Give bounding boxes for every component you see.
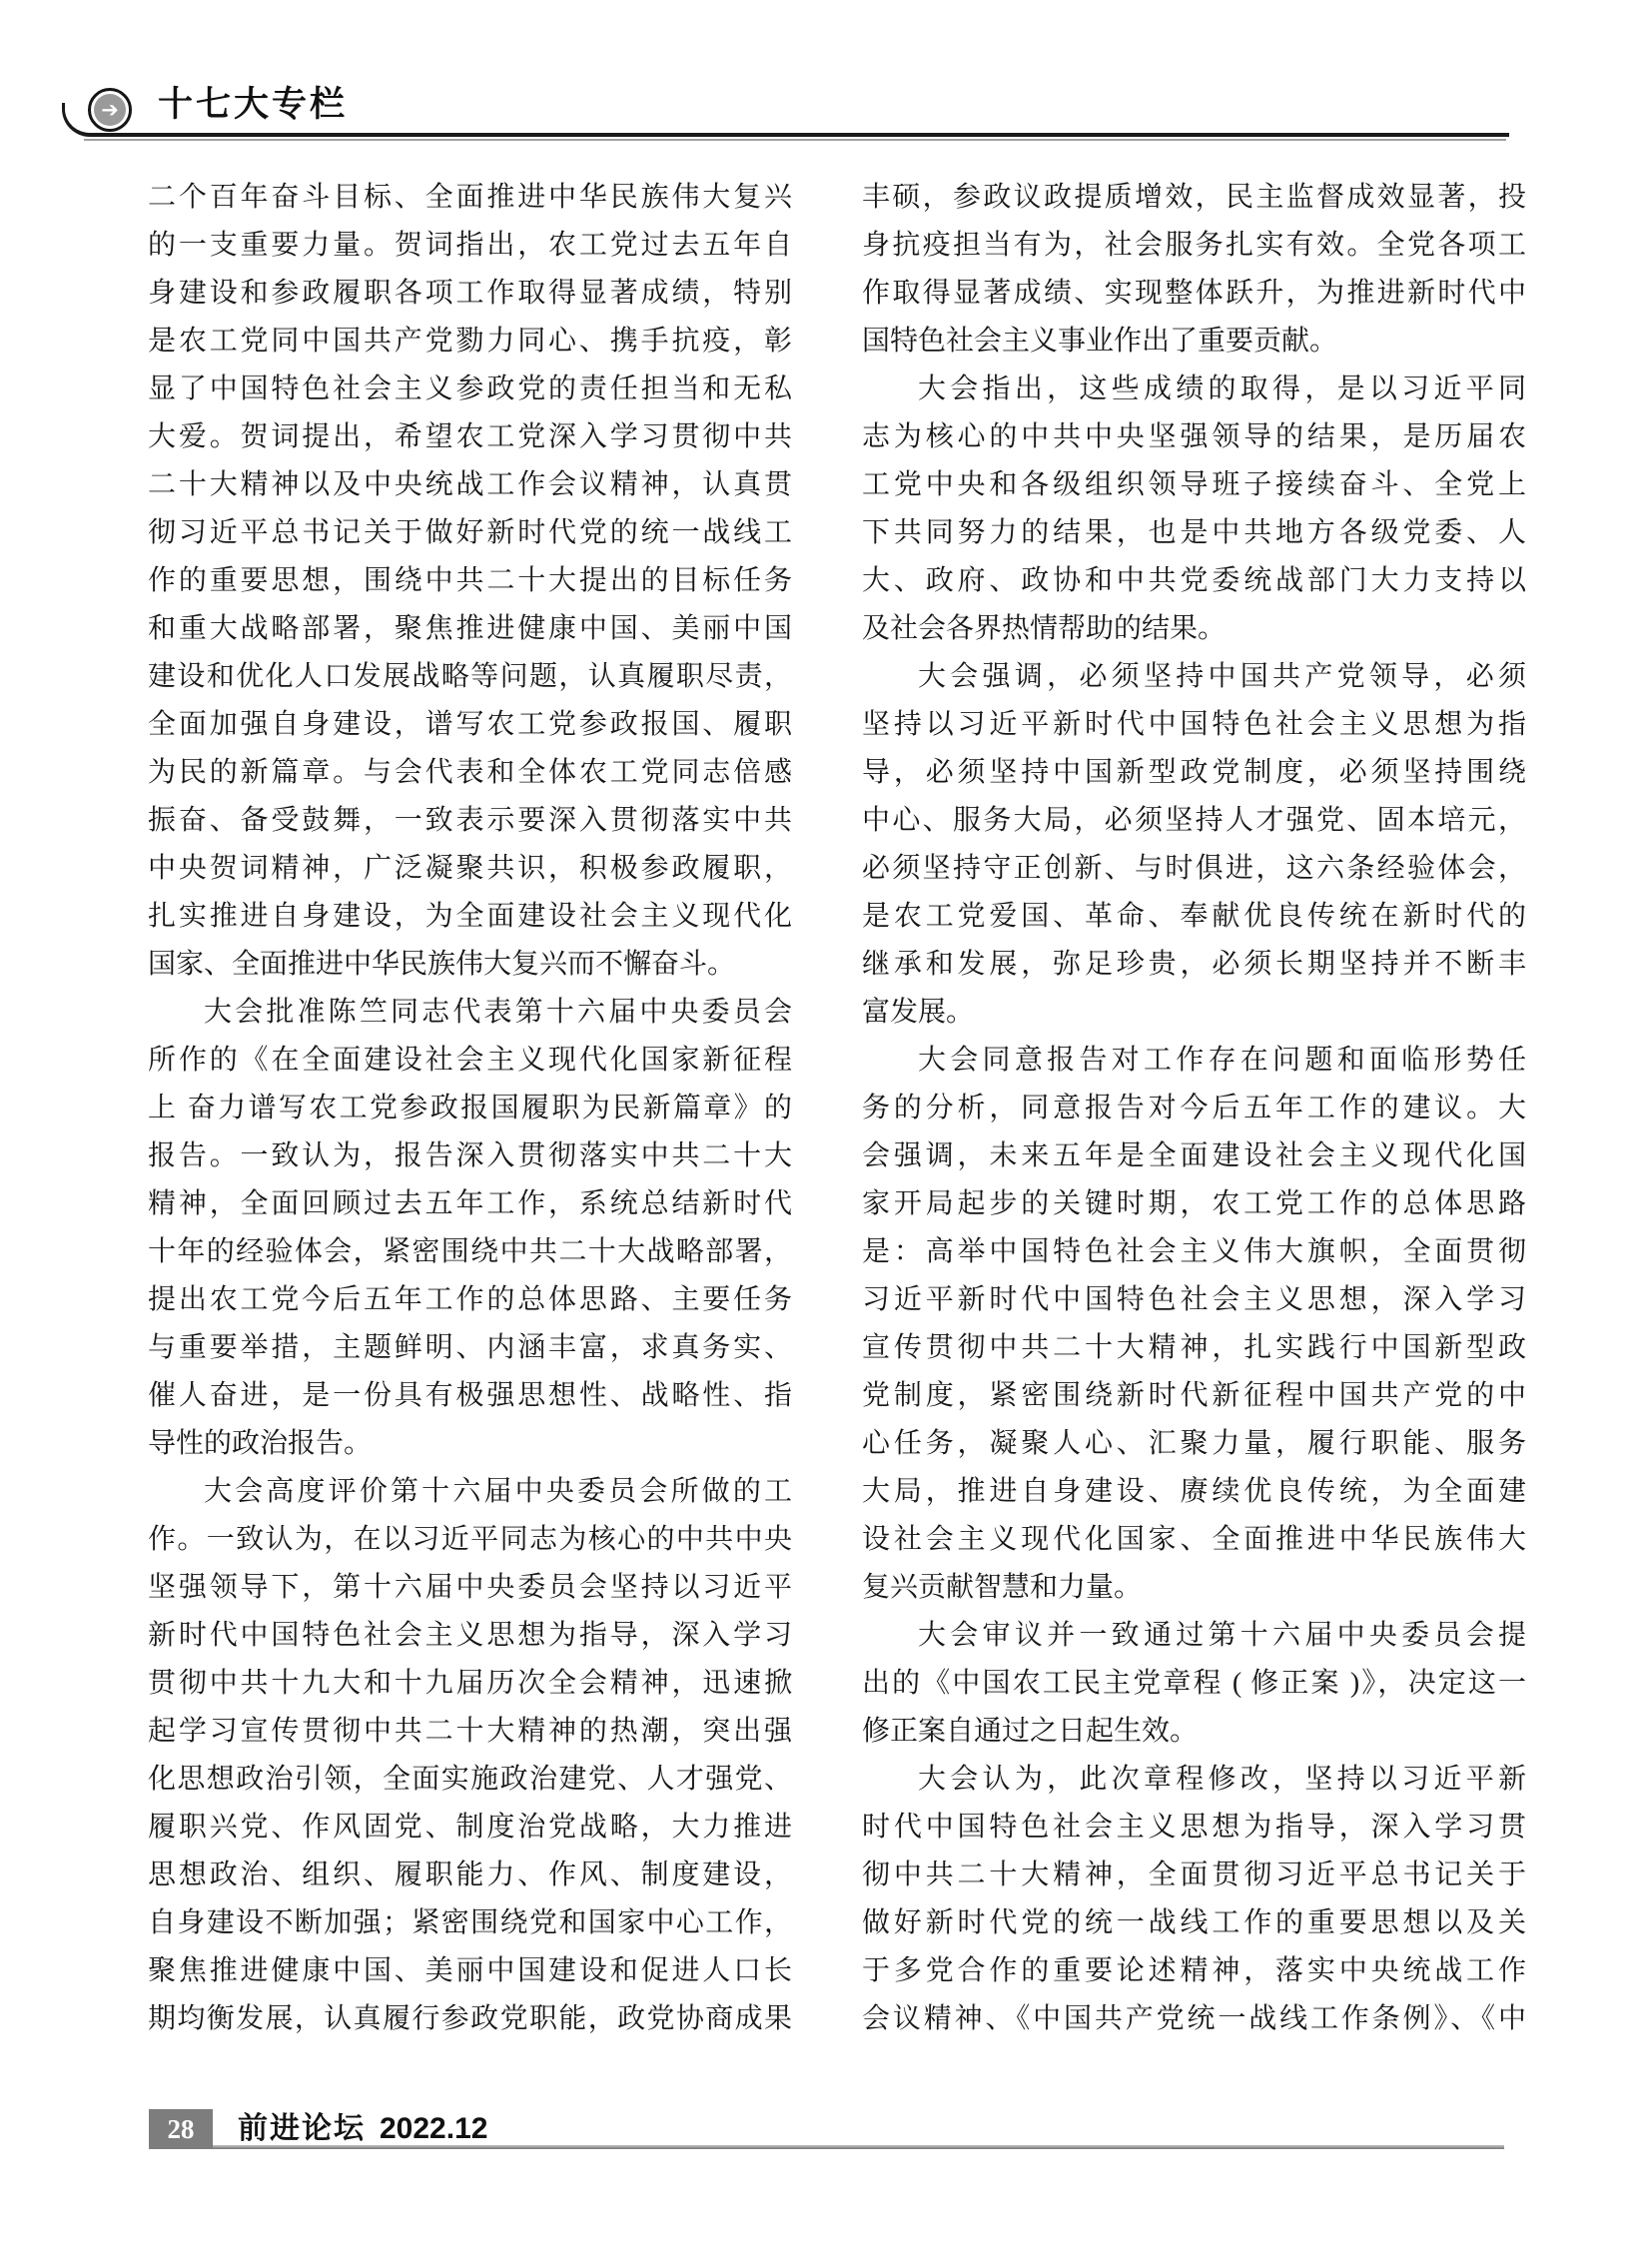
text-line: 期均衡发展，认真履行参政党职能，政党协商成果 — [148, 1995, 792, 2043]
text-line: 彻中共二十大精神，全面贯彻习近平总书记关于 — [862, 1852, 1526, 1899]
text-line: 上 奋力谱写农工党参政报国履职为民新篇章》的 — [148, 1085, 792, 1132]
text-line: 作取得显著成绩、实现整体跃升，为推进新时代中 — [862, 270, 1526, 318]
text-line: 设社会主义现代化国家、全面推进中华民族伟大 — [862, 1516, 1526, 1564]
text-line: 振奋、备受鼓舞，一致表示要深入贯彻落实中共 — [148, 797, 792, 845]
footer-rule — [213, 2145, 1504, 2149]
text-line: 大、政府、政协和中共党委统战部门大力支持以 — [862, 557, 1526, 605]
text-line: 十年的经验体会，紧密围绕中共二十大战略部署， — [148, 1228, 792, 1276]
text-line: 中央贺词精神，广泛凝聚共识，积极参政履职， — [148, 845, 792, 893]
text-line: 扎实推进自身建设，为全面建设社会主义现代化 — [148, 893, 792, 941]
text-line: 出的《中国农工民主党章程 ( 修正案 )》，决定这一 — [862, 1660, 1526, 1708]
text-line: 大会同意报告对工作存在问题和面临形势任 — [862, 1037, 1526, 1085]
text-line: 身抗疫担当有为，社会服务扎实有效。全党各项工 — [862, 222, 1526, 270]
text-line: 导，必须坚持中国新型政党制度，必须坚持围绕 — [862, 749, 1526, 797]
journal-name: 前进论坛 — [238, 2109, 366, 2149]
text-line: 大会强调，必须坚持中国共产党领导，必须 — [862, 653, 1526, 701]
text-line: 为民的新篇章。与会代表和全体农工党同志倍感 — [148, 749, 792, 797]
text-line: 自身建设不断加强；紧密围绕党和国家中心工作， — [148, 1899, 792, 1947]
text-line: 是农工党同中国共产党勠力同心、携手抗疫，彰 — [148, 318, 792, 366]
text-line: 家开局起步的关键时期，农工党工作的总体思路 — [862, 1180, 1526, 1228]
text-line: 精神，全面回顾过去五年工作，系统总结新时代 — [148, 1180, 792, 1228]
text-line: 宣传贯彻中共二十大精神，扎实践行中国新型政 — [862, 1324, 1526, 1372]
text-line: 大会审议并一致通过第十六届中央委员会提 — [862, 1612, 1526, 1660]
text-line: 全面加强自身建设，谱写农工党参政报国、履职 — [148, 701, 792, 749]
text-line: 时代中国特色社会主义思想为指导，深入学习贯 — [862, 1804, 1526, 1852]
text-line: 提出农工党今后五年工作的总体思路、主要任务 — [148, 1276, 792, 1324]
page-number-badge: 28 — [149, 2109, 213, 2149]
text-line: 工党中央和各级组织领导班子接续奋斗、全党上 — [862, 461, 1526, 509]
text-line: 及社会各界热情帮助的结果。 — [862, 605, 1526, 653]
text-line: 下共同努力的结果，也是中共地方各级党委、人 — [862, 509, 1526, 557]
text-line: 务的分析，同意报告对今后五年工作的建议。大 — [862, 1085, 1526, 1132]
issue-date: 2022.12 — [380, 2109, 487, 2149]
text-line: 思想政治、组织、履职能力、作风、制度建设， — [148, 1852, 792, 1899]
text-line: 富发展。 — [862, 989, 1526, 1037]
text-line: 催人奋进，是一份具有极强思想性、战略性、指 — [148, 1372, 792, 1420]
arrow-right-icon: ➔ — [94, 94, 126, 126]
text-line: 党制度，紧密围绕新时代新征程中国共产党的中 — [862, 1372, 1526, 1420]
text-line: 和重大战略部署，聚焦推进健康中国、美丽中国 — [148, 605, 792, 653]
text-line: 大爱。贺词提出，希望农工党深入学习贯彻中共 — [148, 413, 792, 461]
text-line: 建设和优化人口发展战略等问题，认真履职尽责， — [148, 653, 792, 701]
section-title: 十七大专栏 — [158, 84, 348, 126]
text-line: 大会高度评价第十六届中央委员会所做的工 — [148, 1468, 792, 1516]
text-line: 国家、全面推进中华民族伟大复兴而不懈奋斗。 — [148, 941, 792, 989]
text-line: 中心、服务大局，必须坚持人才强党、固本培元， — [862, 797, 1526, 845]
article-column-left: 二个百年奋斗目标、全面推进中华民族伟大复兴的一支重要力量。贺词指出，农工党过去五… — [148, 174, 792, 2043]
text-line: 国特色社会主义事业作出了重要贡献。 — [862, 318, 1526, 366]
text-line: 大会认为，此次章程修改，坚持以习近平新 — [862, 1756, 1526, 1804]
text-line: 导性的政治报告。 — [148, 1420, 792, 1468]
text-line: 身建设和参政履职各项工作取得显著成绩，特别 — [148, 270, 792, 318]
text-line: 履职兴党、作风固党、制度治党战略，大力推进 — [148, 1804, 792, 1852]
text-line: 作。一致认为，在以习近平同志为核心的中共中央 — [148, 1516, 792, 1564]
text-line: 化思想政治引领，全面实施政治建党、人才强党、 — [148, 1756, 792, 1804]
text-line: 心任务，凝聚人心、汇聚力量，履行职能、服务 — [862, 1420, 1526, 1468]
text-line: 所作的《在全面建设社会主义现代化国家新征程 — [148, 1037, 792, 1085]
text-line: 大会批准陈竺同志代表第十六届中央委员会 — [148, 989, 792, 1037]
text-line: 做好新时代党的统一战线工作的重要思想以及关 — [862, 1899, 1526, 1947]
text-line: 报告。一致认为，报告深入贯彻落实中共二十大 — [148, 1132, 792, 1180]
section-badge: ➔ — [88, 88, 132, 132]
text-line: 大局，推进自身建设、赓续优良传统，为全面建 — [862, 1468, 1526, 1516]
text-line: 作的重要思想，围绕中共二十大提出的目标任务 — [148, 557, 792, 605]
text-line: 志为核心的中共中央坚强领导的结果，是历届农 — [862, 413, 1526, 461]
text-line: 于多党合作的重要论述精神，落实中央统战工作 — [862, 1947, 1526, 1995]
text-line: 必须坚持守正创新、与时俱进，这六条经验体会， — [862, 845, 1526, 893]
text-line: 聚焦推进健康中国、美丽中国建设和促进人口长 — [148, 1947, 792, 1995]
article-column-right: 丰硕，参政议政提质增效，民主监督成效显著，投身抗疫担当有为，社会服务扎实有效。全… — [862, 174, 1526, 2043]
text-line: 大会指出，这些成绩的取得，是以习近平同 — [862, 366, 1526, 413]
text-line: 会议精神、《中国共产党统一战线工作条例》、《中 — [862, 1995, 1526, 2043]
text-line: 是：高举中国特色社会主义伟大旗帜，全面贯彻 — [862, 1228, 1526, 1276]
header-rule-shadow — [84, 139, 1506, 141]
text-line: 会强调，未来五年是全面建设社会主义现代化国 — [862, 1132, 1526, 1180]
text-line: 彻习近平总书记关于做好新时代党的统一战线工 — [148, 509, 792, 557]
text-line: 起学习宣传贯彻中共二十大精神的热潮，突出强 — [148, 1708, 792, 1756]
text-line: 新时代中国特色社会主义思想为指导，深入学习 — [148, 1612, 792, 1660]
text-line: 是农工党爱国、革命、奉献优良传统在新时代的 — [862, 893, 1526, 941]
text-line: 二个百年奋斗目标、全面推进中华民族伟大复兴 — [148, 174, 792, 222]
text-line: 复兴贡献智慧和力量。 — [862, 1564, 1526, 1612]
text-line: 修正案自通过之日起生效。 — [862, 1708, 1526, 1756]
text-line: 坚持以习近平新时代中国特色社会主义思想为指 — [862, 701, 1526, 749]
text-line: 习近平新时代中国特色社会主义思想，深入学习 — [862, 1276, 1526, 1324]
text-line: 的一支重要力量。贺词指出，农工党过去五年自 — [148, 222, 792, 270]
text-line: 二十大精神以及中央统战工作会议精神，认真贯 — [148, 461, 792, 509]
text-line: 坚强领导下，第十六届中央委员会坚持以习近平 — [148, 1564, 792, 1612]
text-line: 继承和发展，弥足珍贵，必须长期坚持并不断丰 — [862, 941, 1526, 989]
text-line: 贯彻中共十九大和十九届历次全会精神，迅速掀 — [148, 1660, 792, 1708]
text-line: 丰硕，参政议政提质增效，民主监督成效显著，投 — [862, 174, 1526, 222]
text-line: 与重要举措，主题鲜明、内涵丰富，求真务实、 — [148, 1324, 792, 1372]
text-line: 显了中国特色社会主义参政党的责任担当和无私 — [148, 366, 792, 413]
